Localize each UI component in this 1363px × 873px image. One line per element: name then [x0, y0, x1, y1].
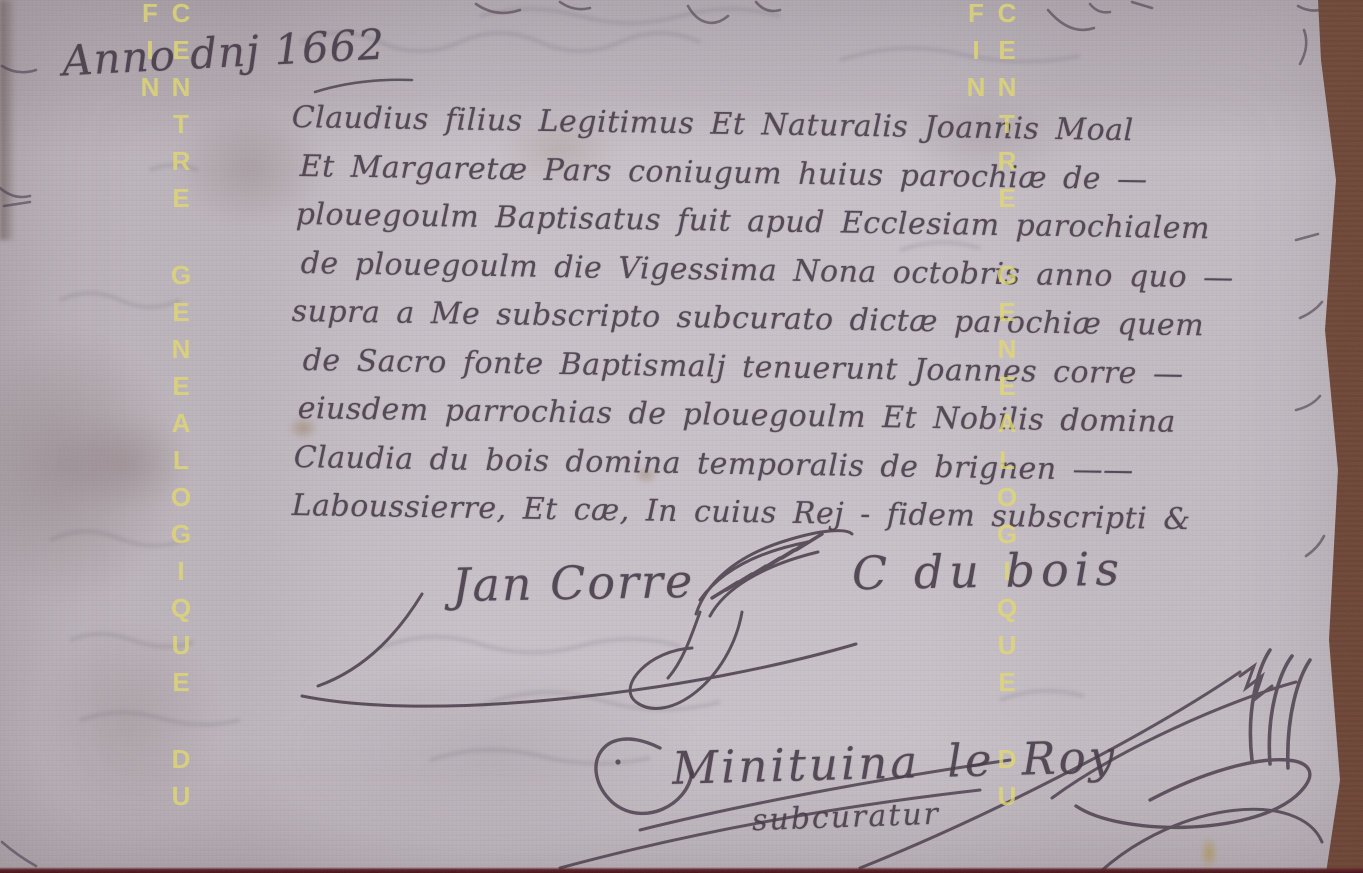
baptism-record-photo: CENTRE GENEALOGIQUE DU FIN CENTRE GENEAL…	[0, 0, 1363, 873]
record-line: Laboussierre, Et cæ, In cuius Rej - fide…	[291, 488, 1190, 537]
signature-godfather: Jan Corre	[452, 554, 695, 612]
paper-left-edge-shadow	[0, 0, 16, 240]
record-line: Claudia du bois domina temporalis de bri…	[293, 440, 1133, 488]
paper-stain	[40, 620, 220, 820]
paper-stain	[62, 415, 192, 510]
record-line: plouegoulm Baptisatus fuit apud Ecclesia…	[295, 197, 1210, 246]
bottom-cover-line	[0, 867, 1363, 873]
signature-officiant-title: subcuratur	[751, 797, 940, 839]
record-line: de plouegoulm die Vigessima Nona octobri…	[300, 246, 1233, 296]
year-heading: Anno dnj 1662	[61, 20, 386, 86]
paper-stain	[280, 660, 700, 840]
signature-godmother: C du bois	[852, 542, 1126, 601]
watermark-column-left: CENTRE GENEALOGIQUE DU FIN	[134, 0, 196, 873]
record-line: supra a Me subscripto subcurato dictæ pa…	[291, 294, 1204, 343]
record-line: de Sacro fonte Baptismalj tenuerunt Joan…	[302, 343, 1183, 392]
record-line: Et Margaretæ Pars coniugum huius parochi…	[299, 149, 1147, 197]
heading-underline-flourish	[315, 80, 412, 92]
paper-stain	[1200, 836, 1218, 870]
paper-stain	[0, 330, 180, 600]
signature-officiant: Minituina le Roy	[671, 730, 1117, 795]
record-line: Claudius filius Legitimus Et Naturalis J…	[291, 100, 1133, 148]
record-line: eiusdem parrochias de plouegoulm Et Nobi…	[297, 391, 1176, 440]
